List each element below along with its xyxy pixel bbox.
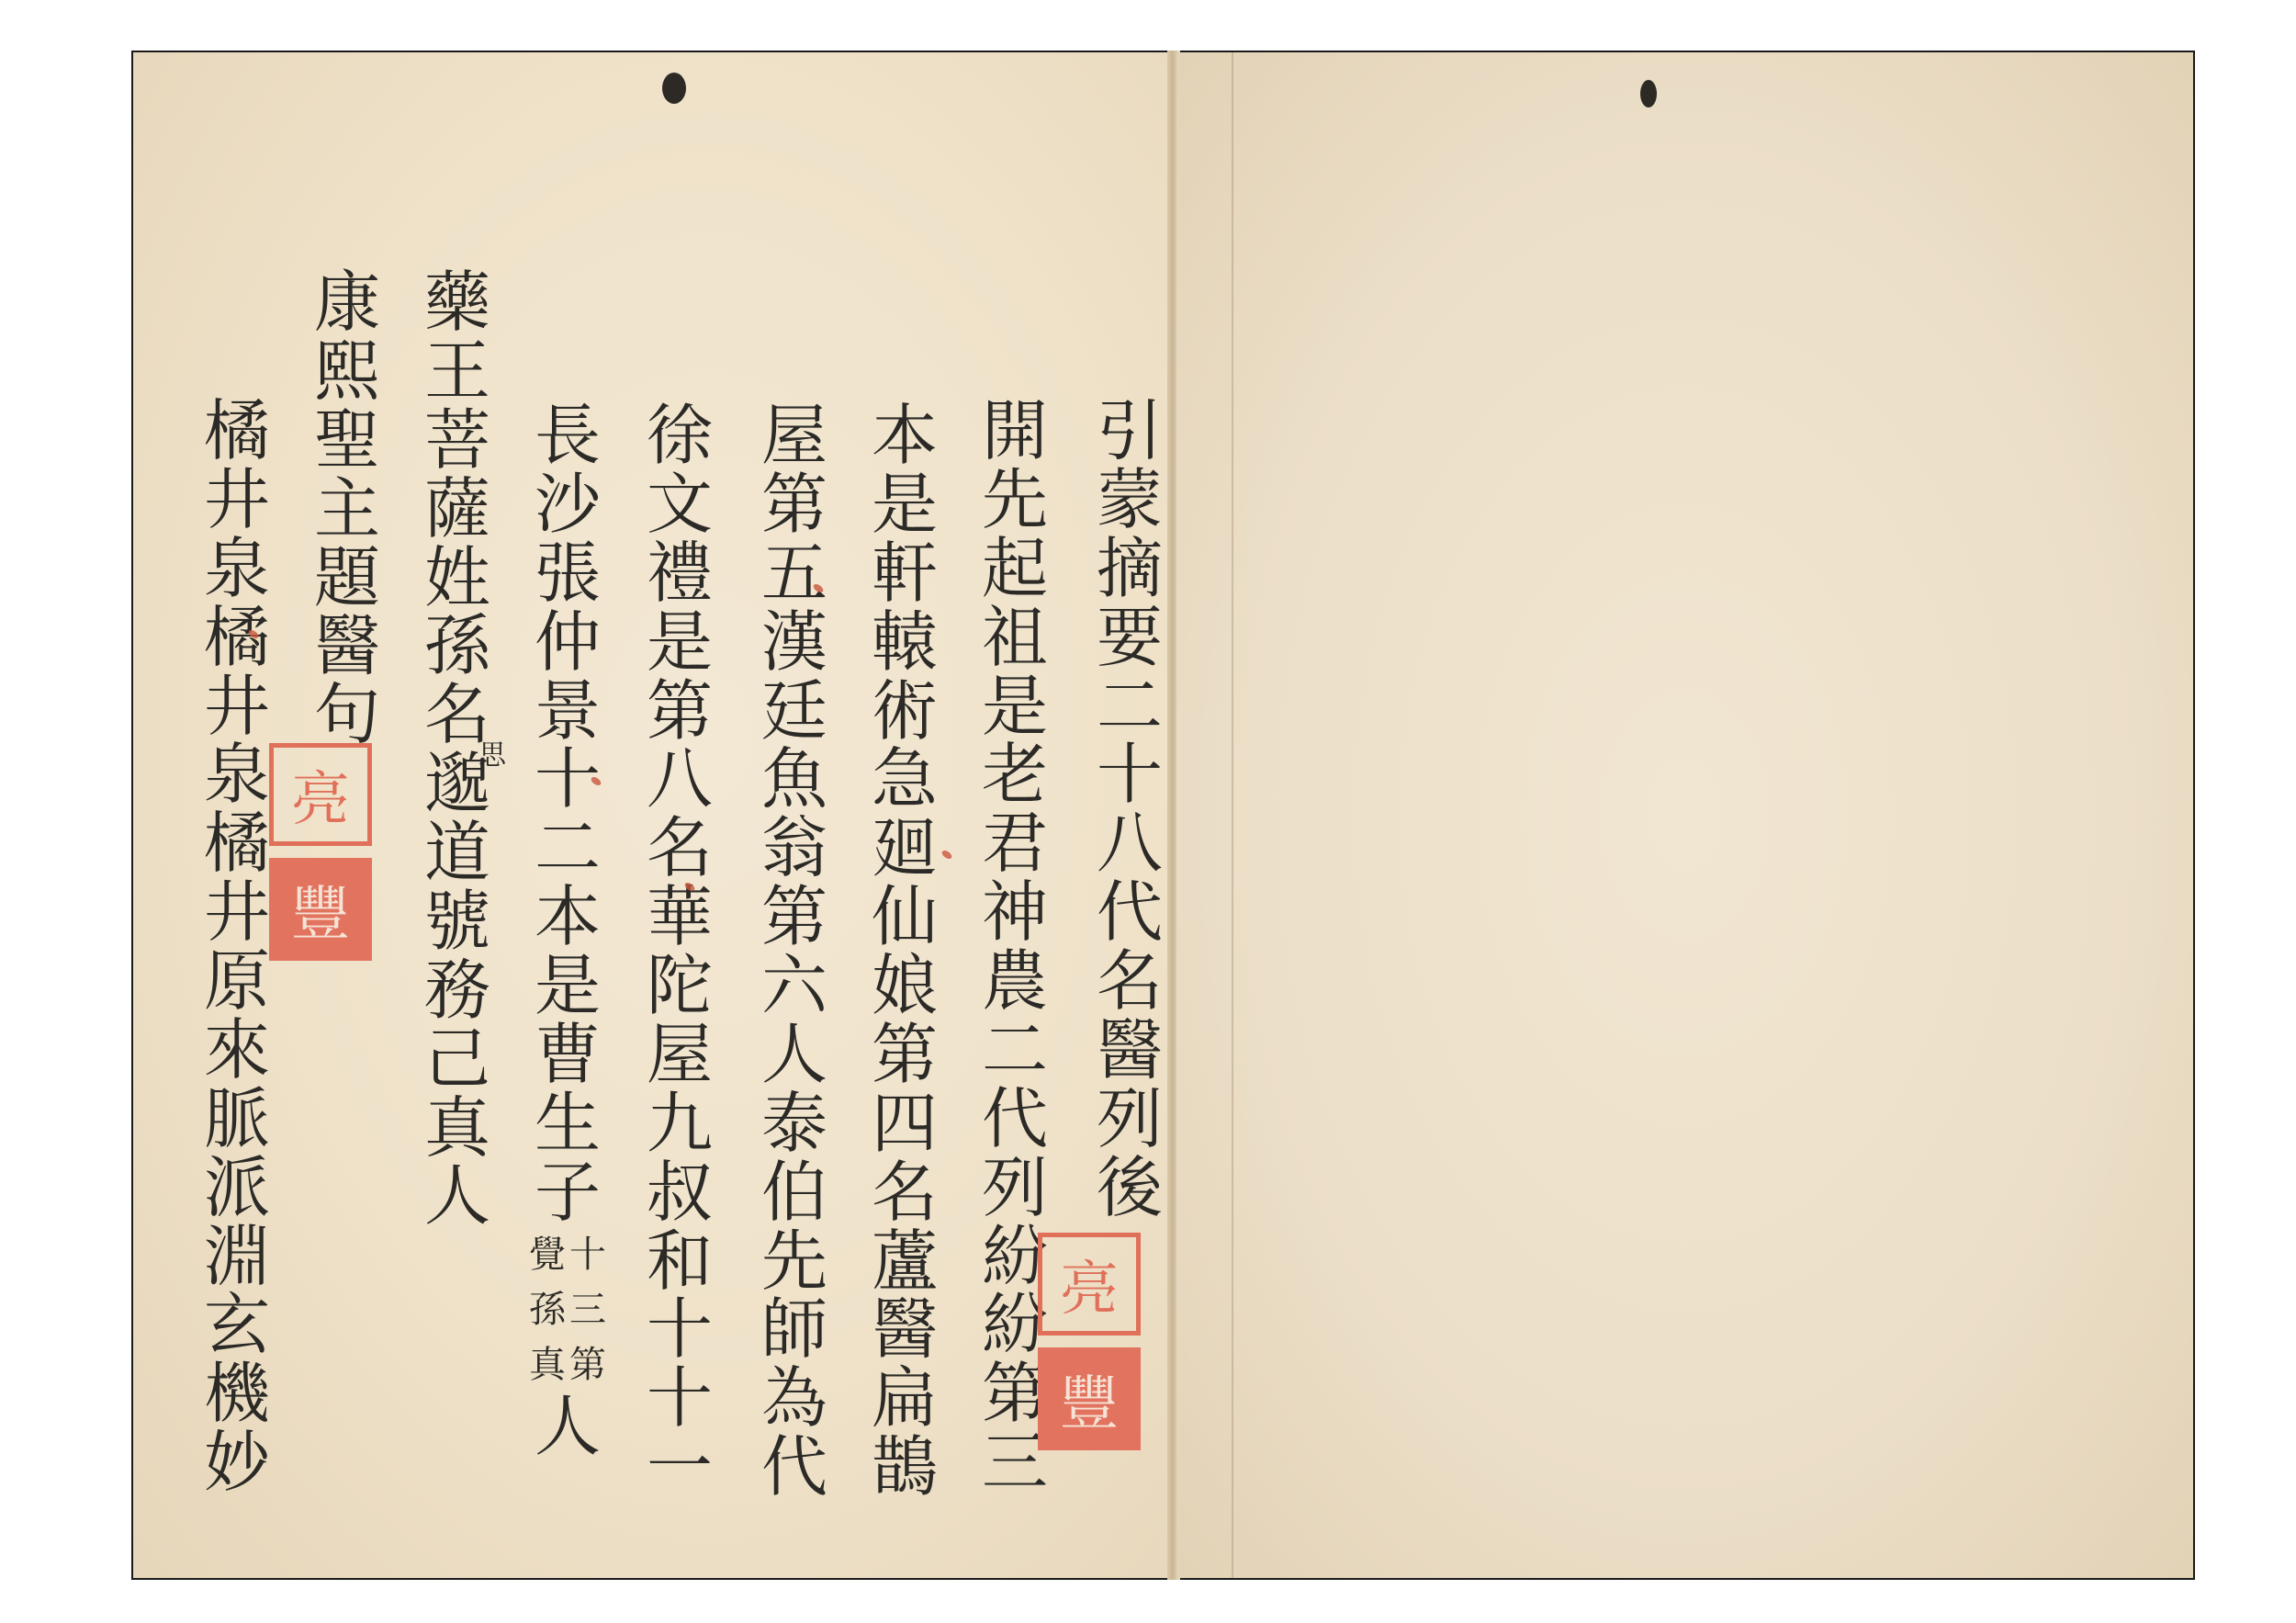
- character: 十: [647, 1364, 713, 1433]
- character: 列: [1097, 1085, 1163, 1154]
- character: 名: [1097, 947, 1163, 1016]
- character: 王: [424, 337, 490, 406]
- character: 菩: [424, 406, 490, 475]
- character: 來: [204, 1016, 270, 1085]
- seal-solid-1: 豐: [1038, 1347, 1141, 1450]
- character: 君: [982, 809, 1048, 878]
- character: 代: [982, 1085, 1048, 1154]
- character: 覺: [529, 1227, 566, 1282]
- character: 開: [982, 397, 1048, 466]
- character: 第: [761, 883, 827, 952]
- character: 代: [1097, 878, 1163, 947]
- fold-line: [1232, 52, 1233, 1578]
- character: 井: [204, 878, 270, 947]
- character: 八: [1097, 809, 1163, 878]
- character: 漢: [761, 608, 827, 677]
- character: 第: [761, 470, 827, 539]
- character: 引: [1097, 397, 1163, 466]
- character: 橘: [204, 809, 270, 878]
- character: 八: [647, 745, 713, 814]
- character: 二: [982, 1016, 1048, 1085]
- character: 蘆: [872, 1227, 938, 1296]
- character: 魚: [761, 745, 827, 814]
- character: 長: [535, 401, 601, 470]
- character: 派: [204, 1154, 270, 1223]
- character: 井: [204, 466, 270, 535]
- character: 一: [647, 1433, 713, 1502]
- character: 脈: [204, 1085, 270, 1154]
- character: 三: [569, 1282, 606, 1337]
- character: 橘: [204, 397, 270, 466]
- character: 五: [761, 539, 827, 608]
- split-left-subcolumn: 覺孫真: [529, 1227, 566, 1392]
- seal-outline-1: 亮: [1038, 1233, 1141, 1336]
- character: 是: [535, 952, 601, 1020]
- character: 十: [647, 1295, 713, 1364]
- character: 妙: [204, 1428, 270, 1497]
- character: 十: [569, 1227, 606, 1282]
- character: 醫: [314, 612, 380, 681]
- character: 己: [424, 1025, 490, 1094]
- character: 泰: [761, 1089, 827, 1158]
- character: 先: [761, 1227, 827, 1296]
- text-column-3: 本是軒轅術急廻仙娘第四名蘆醫扁鵲: [863, 401, 946, 1502]
- character: 起: [982, 535, 1048, 603]
- character: 藥: [424, 268, 490, 337]
- character: 要: [1097, 603, 1163, 672]
- character: 聖: [314, 406, 380, 475]
- character: 伯: [761, 1158, 827, 1227]
- character: 農: [982, 947, 1048, 1016]
- character: 泉: [204, 535, 270, 603]
- character: 是: [872, 470, 938, 539]
- character: 玄: [204, 1291, 270, 1359]
- character: 務: [424, 956, 490, 1025]
- character: 六: [761, 952, 827, 1020]
- character: 神: [982, 878, 1048, 947]
- character: 翁: [761, 814, 827, 883]
- side-note: 思: [478, 741, 506, 770]
- character: 蒙: [1097, 466, 1163, 535]
- character: 仲: [535, 608, 601, 677]
- character: 鵲: [872, 1433, 938, 1502]
- character: 廻: [872, 814, 938, 883]
- character: 第: [569, 1337, 606, 1392]
- character: 徐: [647, 401, 713, 470]
- character: 機: [204, 1359, 270, 1428]
- character: 屋: [647, 1020, 713, 1089]
- split-annotation: 十三第覺孫真: [529, 1227, 606, 1392]
- character: 號: [424, 887, 490, 956]
- text-column-5: 徐文禮是第八名華陀屋九叔和十十一: [638, 401, 721, 1502]
- character: 第: [872, 1020, 938, 1089]
- character: 景: [535, 677, 601, 746]
- character: 生: [535, 1089, 601, 1158]
- character: 泉: [204, 740, 270, 809]
- character: 軒: [872, 539, 938, 608]
- character: 是: [982, 672, 1048, 741]
- character: 第: [647, 677, 713, 746]
- character: 和: [647, 1227, 713, 1296]
- character: 主: [314, 475, 380, 544]
- character: 薩: [424, 475, 490, 544]
- character: 曹: [535, 1020, 601, 1089]
- character: 為: [761, 1364, 827, 1433]
- character: 陀: [647, 952, 713, 1020]
- character: 列: [982, 1154, 1048, 1223]
- character: 名: [872, 1158, 938, 1227]
- left-page: 引蒙摘要二十八代名醫列後 開先起祖是老君神農二代列紛紛第三 本是軒轅術急廻仙娘第…: [133, 52, 1174, 1578]
- character: 師: [761, 1295, 827, 1364]
- character: 先: [982, 466, 1048, 535]
- character: 九: [647, 1089, 713, 1158]
- character: 康: [314, 268, 380, 337]
- character: 孫: [529, 1282, 566, 1337]
- character: 人: [535, 1392, 601, 1461]
- character: 真: [529, 1337, 566, 1392]
- text-column-6: 長沙張仲景十二本是曹生子十三第覺孫真人: [526, 401, 609, 1460]
- character: 淵: [204, 1223, 270, 1291]
- character: 孫: [424, 612, 490, 681]
- character: 急: [872, 745, 938, 814]
- character: 華: [647, 883, 713, 952]
- character: 橘: [204, 603, 270, 672]
- character: 熙: [314, 337, 380, 406]
- character: 人: [761, 1020, 827, 1089]
- character: 扁: [872, 1364, 938, 1433]
- character: 摘: [1097, 535, 1163, 603]
- character: 道: [424, 818, 490, 887]
- character: 沙: [535, 470, 601, 539]
- text-column-9: 橘井泉橘井泉橘井原來脈派淵玄機妙: [196, 397, 278, 1497]
- character: 術: [872, 677, 938, 746]
- character: 四: [872, 1089, 938, 1158]
- character: 是: [647, 608, 713, 677]
- character: 姓: [424, 544, 490, 613]
- character: 文: [647, 470, 713, 539]
- character: 仙: [872, 883, 938, 952]
- character: 老: [982, 740, 1048, 809]
- character: 井: [204, 672, 270, 741]
- character: 後: [1097, 1154, 1163, 1223]
- character: 本: [872, 401, 938, 470]
- character: 本: [535, 883, 601, 952]
- text-column-7: 藥王菩薩姓孫名邈道號務己真人思: [416, 268, 499, 1231]
- seal-outline-2: 亮: [269, 743, 372, 846]
- right-page: [1176, 52, 2193, 1578]
- character: 十: [1097, 740, 1163, 809]
- character: 轅: [872, 608, 938, 677]
- character: 禮: [647, 539, 713, 608]
- character: 名: [647, 814, 713, 883]
- ink-stain: [662, 73, 686, 104]
- character: 張: [535, 539, 601, 608]
- character: 子: [535, 1158, 601, 1227]
- book-spread: 引蒙摘要二十八代名醫列後 開先起祖是老君神農二代列紛紛第三 本是軒轅術急廻仙娘第…: [131, 51, 2195, 1580]
- character: 真: [424, 1094, 490, 1163]
- character: 叔: [647, 1158, 713, 1227]
- text-column-4: 屋第五漢廷魚翁第六人泰伯先師為代: [753, 401, 836, 1502]
- character: 句: [314, 681, 380, 750]
- character: 題: [314, 544, 380, 613]
- character: 醫: [1097, 1016, 1163, 1085]
- character: 娘: [872, 952, 938, 1020]
- character: 醫: [872, 1295, 938, 1364]
- character: 廷: [761, 677, 827, 746]
- seal-solid-2: 豐: [269, 858, 372, 961]
- character: 二: [535, 814, 601, 883]
- character: 人: [424, 1162, 490, 1231]
- character: 原: [204, 947, 270, 1016]
- character: 二: [1097, 672, 1163, 741]
- split-right-subcolumn: 十三第: [569, 1227, 606, 1392]
- character: 屋: [761, 401, 827, 470]
- ink-stain: [1640, 80, 1657, 107]
- text-column-8: 康熙聖主題醫句: [306, 268, 388, 750]
- text-column-1: 引蒙摘要二十八代名醫列後: [1088, 397, 1171, 1223]
- character: 代: [761, 1433, 827, 1502]
- character: 祖: [982, 603, 1048, 672]
